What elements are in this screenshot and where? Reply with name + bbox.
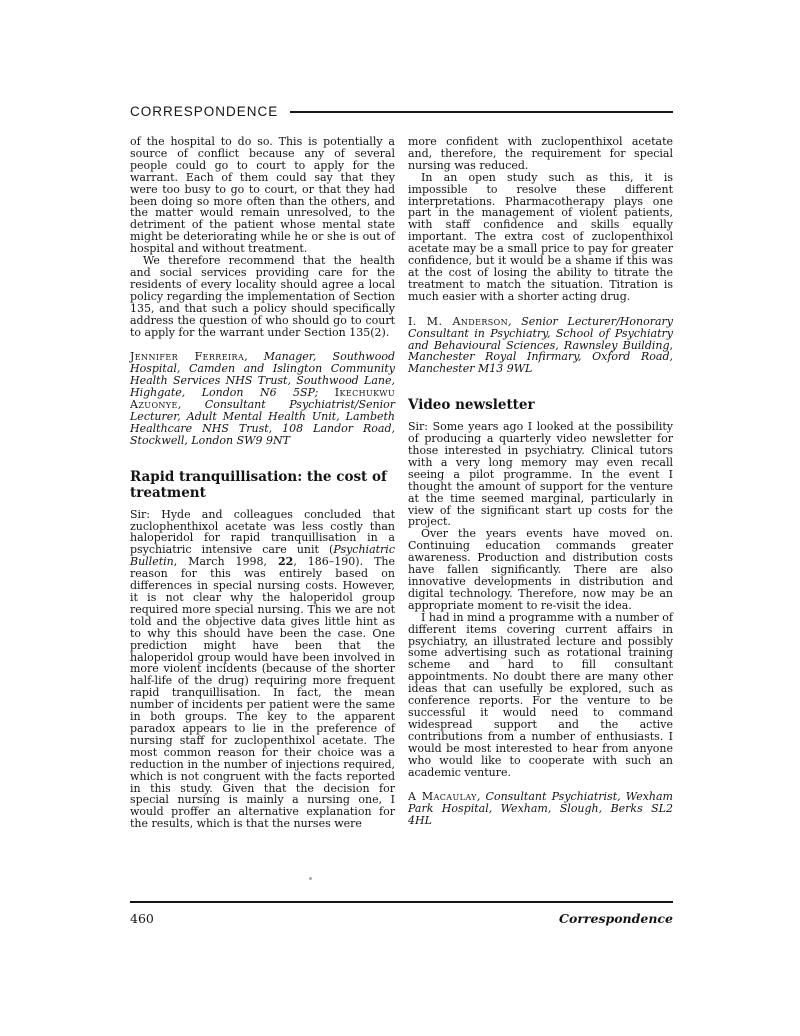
ink-speck (309, 877, 312, 880)
header-rule (290, 111, 673, 114)
page-number: 460 (130, 911, 154, 926)
letter-title: Rapid tranquillisation: the cost of trea… (130, 469, 395, 501)
paragraph: Sir: Some years ago I looked at the poss… (408, 421, 673, 528)
paragraph: I had in mind a programme with a number … (408, 612, 673, 779)
letter-title: Video newsletter (408, 397, 673, 413)
left-column: of the hospital to do so. This is potent… (130, 136, 395, 830)
text-columns: of the hospital to do so. This is potent… (130, 136, 673, 830)
paragraph: Sir: Hyde and colleagues concluded that … (130, 509, 395, 830)
signature-block: Jennifer Ferreira, Manager, Southwood Ho… (130, 351, 395, 446)
running-head: CORRESPONDENCE (130, 104, 673, 119)
page-footer: 460 Correspondence (130, 901, 673, 926)
paragraph: We therefore recommend that the health a… (130, 255, 395, 338)
paragraph: more confident with zuclopenthixol aceta… (408, 136, 673, 172)
paragraph: of the hospital to do so. This is potent… (130, 136, 395, 255)
right-column: more confident with zuclopenthixol aceta… (408, 136, 673, 830)
signature-block: I. M. Anderson, Senior Lecturer/Honorary… (408, 316, 673, 376)
running-title: Correspondence (559, 911, 673, 926)
signature-block: A Macaulay, Consultant Psychiatrist, Wex… (408, 791, 673, 827)
section-title: CORRESPONDENCE (130, 104, 278, 119)
paragraph: Over the years events have moved on. Con… (408, 528, 673, 611)
journal-page: CORRESPONDENCE of the hospital to do so.… (0, 0, 800, 1036)
paragraph-text: , 186–190). The reason for this was enti… (130, 555, 395, 830)
paragraph: In an open study such as this, it is imp… (408, 172, 673, 303)
